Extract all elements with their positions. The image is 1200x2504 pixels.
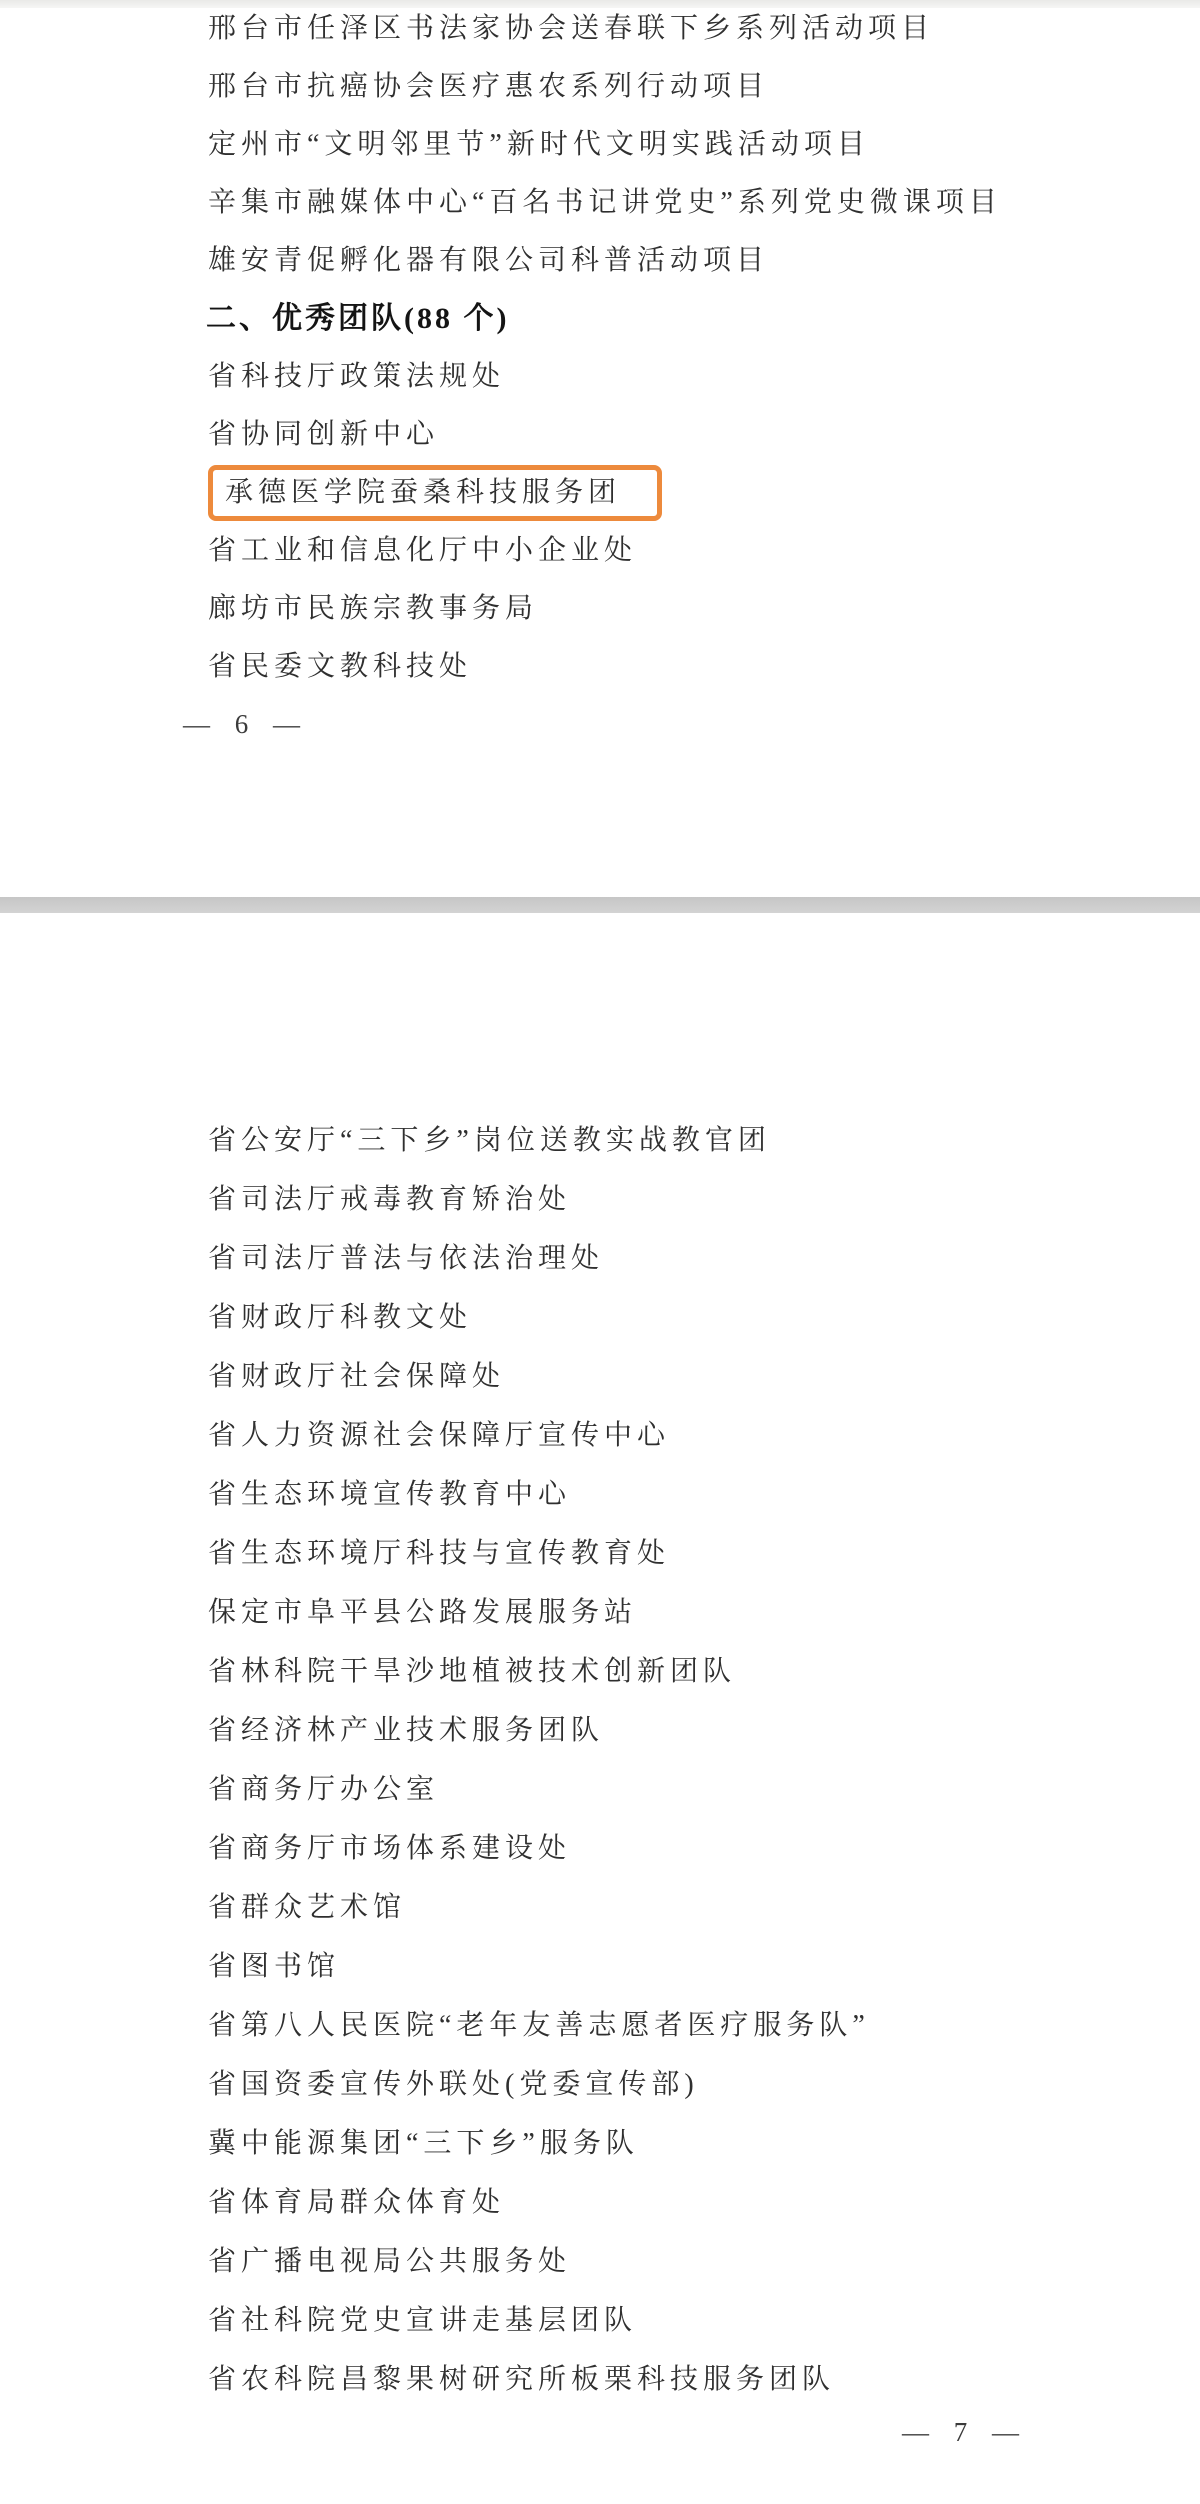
highlight-box: 承德医学院蚕桑科技服务团 [208,465,662,521]
document-page-7: 省公安厅“三下乡”岗位送教实战教官团 省司法厅戒毒教育矫治处 省司法厅普法与依法… [0,913,1200,2455]
list-item: 省第八人民医院“老年友善志愿者医疗服务队” [208,1996,1200,2055]
list-item: 邢台市任泽区书法家协会送春联下乡系列活动项目 [208,0,1200,58]
list-item: 省广播电视局公共服务处 [208,2232,1200,2291]
list-item: 省工业和信息化厅中小企业处 [208,522,1200,580]
section-heading-excellent-teams: 二、优秀团队(88 个) [206,290,1200,348]
list-item: 省科技厅政策法规处 [208,348,1200,406]
list-item: 省国资委宣传外联处(党委宣传部) [208,2055,1200,2114]
list-item: 保定市阜平县公路发展服务站 [208,1583,1200,1642]
list-item: 省协同创新中心 [208,406,1200,464]
list-item: 省财政厅社会保障处 [208,1347,1200,1406]
list-item: 廊坊市民族宗教事务局 [208,580,1200,638]
list-item: 省体育局群众体育处 [208,2173,1200,2232]
list-item: 省经济林产业技术服务团队 [208,1701,1200,1760]
list-item: 省生态环境厅科技与宣传教育处 [208,1524,1200,1583]
list-item: 省司法厅戒毒教育矫治处 [208,1170,1200,1229]
page-divider [0,897,1200,913]
page-number-6: — 6 — [183,696,1200,752]
highlighted-row: 承德医学院蚕桑科技服务团 [208,464,1200,522]
list-item: 省公安厅“三下乡”岗位送教实战教官团 [208,1111,1200,1170]
list-item: 省司法厅普法与依法治理处 [208,1229,1200,1288]
list-item: 省群众艺术馆 [208,1878,1200,1937]
list-item: 省农科院昌黎果树研究所板栗科技服务团队 [208,2350,1200,2409]
list-item: 省林科院干旱沙地植被技术创新团队 [208,1642,1200,1701]
list-item: 省社科院党史宣讲走基层团队 [208,2291,1200,2350]
list-item: 雄安青促孵化器有限公司科普活动项目 [208,232,1200,290]
list-item: 省人力资源社会保障厅宣传中心 [208,1406,1200,1465]
list-item: 冀中能源集团“三下乡”服务队 [208,2114,1200,2173]
highlighted-item: 承德医学院蚕桑科技服务团 [225,477,621,508]
list-item: 省生态环境宣传教育中心 [208,1465,1200,1524]
list-item: 省民委文教科技处 [208,638,1200,696]
list-item: 邢台市抗癌协会医疗惠农系列行动项目 [208,58,1200,116]
document-page-6: 邢台市任泽区书法家协会送春联下乡系列活动项目 邢台市抗癌协会医疗惠农系列行动项目… [0,0,1200,752]
list-item: 省财政厅科教文处 [208,1288,1200,1347]
page-number-7: — 7 — [902,2409,1028,2455]
list-item: 辛集市融媒体中心“百名书记讲党史”系列党史微课项目 [208,174,1200,232]
list-item: 定州市“文明邻里节”新时代文明实践活动项目 [208,116,1200,174]
list-item: 省商务厅办公室 [208,1760,1200,1819]
list-item: 省图书馆 [208,1937,1200,1996]
list-item: 省商务厅市场体系建设处 [208,1819,1200,1878]
